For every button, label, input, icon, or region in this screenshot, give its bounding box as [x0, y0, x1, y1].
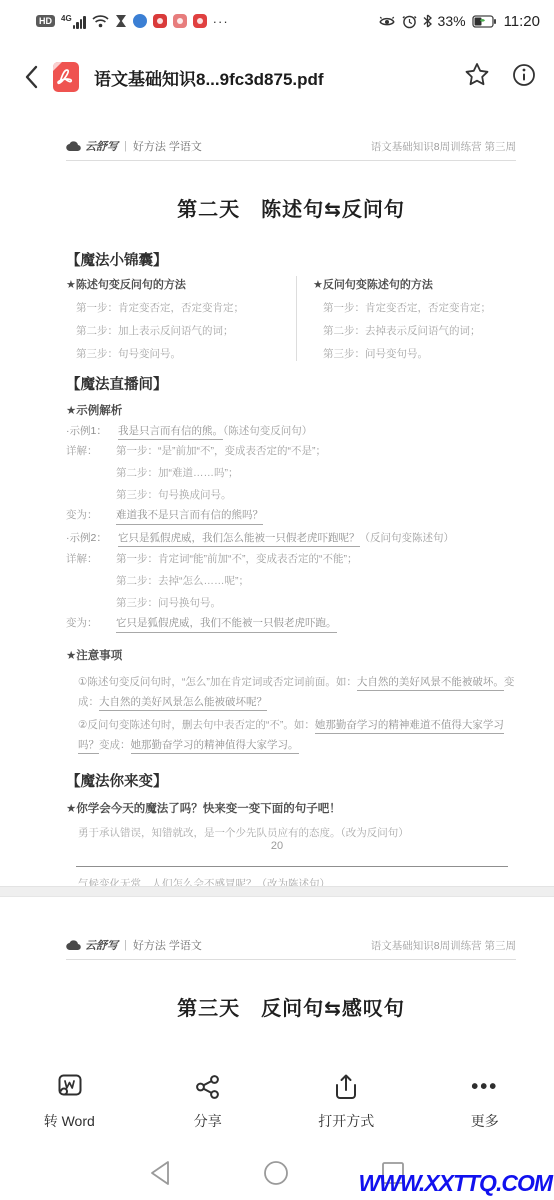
nav-home-button[interactable]	[263, 1160, 289, 1186]
network-type-label: 4G	[61, 14, 72, 23]
note-1: ①陈述句变反问句时，“怎么”加在肯定词或否定词前面。如：大自然的美好风景不能被破…	[66, 672, 516, 713]
course-name-label: 语文基础知识8周训练营 第三周	[371, 938, 516, 953]
open-with-button[interactable]: 打开方式	[277, 1073, 416, 1131]
example1-row: ·示例1： 我是只言而有信的熊。（陈述句变反问句）	[66, 425, 516, 438]
notes-title: ★注意事项	[66, 647, 516, 663]
brand-slogan: 好方法 学语文	[133, 937, 202, 953]
app-notification-icon-red-1	[153, 14, 167, 28]
example2-step-2: 第二步：去掉“怎么……呢”；	[116, 573, 516, 588]
pdf-page-header: 云舒写 | 好方法 学语文 语文基础知识8周训练营 第三周	[66, 138, 516, 161]
example2-detail-row: 详解： 第一步：肯定词“能”前加“不”，变成表否定的“不能”；	[66, 553, 516, 566]
nav-back-button[interactable]	[149, 1160, 171, 1186]
practice-intro: ★你学会今天的魔法了吗？快来变一变下面的句子吧！	[66, 800, 516, 816]
more-label: 更多	[471, 1111, 499, 1131]
word-convert-icon	[56, 1073, 83, 1101]
answer-line-1	[76, 866, 508, 867]
example1-detail-row: 详解： 第一步：“是”前加“不”，变成表否定的“不是”；	[66, 445, 516, 458]
cloud-logo-icon	[66, 940, 81, 951]
tips-left-column: ★陈述句变反问句的方法 第一步：肯定变否定，否定变肯定； 第二步：加上表示反问语…	[66, 276, 296, 361]
app-notification-icon-red-2	[173, 14, 187, 28]
more-button[interactable]: ••• 更多	[416, 1073, 554, 1131]
document-title: 语文基础知识8...9fc3d875.pdf	[94, 65, 450, 90]
example2-result: 它只是狐假虎威，我们不能被一只假老虎吓跑。	[116, 617, 337, 633]
course-name-label: 语文基础知识8周训练营 第三周	[371, 139, 516, 154]
more-icon: •••	[471, 1073, 498, 1101]
brand-separator: |	[124, 140, 127, 152]
app-notification-icon-blue	[133, 14, 147, 28]
example1-step-1: 第一步：“是”前加“不”，变成表否定的“不是”；	[116, 445, 326, 458]
tips-right-step-2: 第二步：去掉表示反问语气的词；	[313, 323, 506, 338]
note1-text: ①陈述句变反问句时，“怎么”加在肯定词或否定词前面。如：	[78, 676, 357, 688]
more-notifications-icon: ···	[213, 14, 229, 29]
example1-step-2: 第二步：加“难道……吗”；	[116, 465, 516, 480]
pdf-file-icon	[52, 61, 80, 93]
hd-icon: HD	[36, 15, 55, 27]
lesson-title-day2: 第二天 陈述句⇆反问句	[66, 193, 516, 222]
info-button[interactable]	[512, 63, 536, 92]
page-number: 20	[0, 840, 554, 852]
example1-note: （陈述句变反问句）	[223, 425, 312, 437]
brand-separator: |	[124, 939, 127, 951]
favorite-star-button[interactable]	[464, 62, 490, 92]
convert-to-word-button[interactable]: 转 Word	[0, 1073, 139, 1131]
example1-result-label: 变为：	[66, 509, 116, 525]
example2-detail-label: 详解：	[66, 553, 116, 566]
bluetooth-icon	[423, 14, 432, 28]
back-button[interactable]	[24, 65, 38, 89]
note2-mid: 变成：	[99, 739, 131, 751]
app-header: 语文基础知识8...9fc3d875.pdf	[0, 42, 554, 112]
battery-percent-label: 33%	[438, 13, 466, 29]
example2-row: ·示例2： 它只是狐假虎威，我们怎么能被一只假老虎吓跑呢？（反问句变陈述句）	[66, 532, 516, 545]
tips-right-step-3: 第三步：问号变句号。	[313, 346, 506, 361]
open-with-label: 打开方式	[318, 1111, 374, 1131]
brand-name: 云舒写	[85, 937, 118, 953]
tips-left-step-1: 第一步：肯定变否定，否定变肯定；	[66, 300, 286, 315]
phone-screen: HD 4G ···	[0, 0, 554, 1200]
battery-icon	[472, 15, 496, 28]
note2-underlined-2: 她那勤奋学习的精神值得大家学习。	[131, 739, 299, 754]
system-navbar: WWW.XXTTQ.COM	[0, 1145, 554, 1200]
tips-right-column: ★反问句变陈述句的方法 第一步：肯定变否定，否定变肯定； 第二步：去掉表示反问语…	[296, 276, 516, 361]
example1-detail-label: 详解：	[66, 445, 116, 458]
share-icon	[195, 1073, 221, 1101]
example2-step-3: 第三步：问号换句号。	[116, 595, 516, 610]
section-heading-magic-tips: 【魔法小锦囊】	[66, 249, 516, 270]
open-with-icon	[333, 1073, 359, 1101]
example1-result-row: 变为： 难道我不是只言而有信的熊吗？	[66, 509, 516, 525]
hourglass-icon	[115, 14, 127, 28]
live-subtitle: ★示例解析	[66, 402, 516, 418]
eye-comfort-icon	[378, 14, 396, 28]
example1-label: ·示例1：	[66, 425, 118, 438]
example1-result: 难道我不是只言而有信的熊吗？	[116, 509, 263, 525]
page-separator	[0, 886, 554, 897]
example2-note: （反问句变陈述句）	[360, 532, 455, 544]
tips-right-step-1: 第一步：肯定变否定，否定变肯定；	[313, 300, 506, 315]
share-label: 分享	[194, 1111, 222, 1131]
watermark: WWW.XXTTQ.COM	[358, 1170, 552, 1197]
note1-underlined-1: 大自然的美好风景不能被破坏。	[357, 676, 504, 691]
exercise-2: 气候变化无常，人们怎么会不感冒呢？（改为陈述句）	[66, 876, 516, 886]
alarm-clock-icon	[402, 14, 417, 29]
pdf-page-1: 云舒写 | 好方法 学语文 语文基础知识8周训练营 第三周 第二天 陈述句⇆反问…	[0, 112, 554, 886]
example1-sentence: 我是只言而有信的熊。	[118, 425, 223, 440]
share-button[interactable]: 分享	[139, 1073, 278, 1131]
tips-left-step-3: 第三步：句号变问号。	[66, 346, 286, 361]
pdf-page2-header: 云舒写 | 好方法 学语文 语文基础知识8周训练营 第三周	[66, 937, 516, 960]
section-heading-magic-live: 【魔法直播间】	[66, 373, 516, 394]
example2-sentence: 它只是狐假虎威，我们怎么能被一只假老虎吓跑呢？	[118, 532, 360, 547]
note2-text: ②反问句变陈述句时，删去句中表否定的“不”。如：	[78, 719, 315, 731]
exercise-1: 勇于承认错误，知错就改，是一个少先队员应有的态度。（改为反问句）	[66, 825, 516, 840]
clock-label: 11:20	[504, 13, 540, 30]
bottom-toolbar: 转 Word 分享 打开方式 ••• 更多	[0, 1058, 554, 1145]
lesson-title-day3: 第三天 反问句⇆感叹句	[66, 992, 516, 1021]
example2-result-row: 变为： 它只是狐假虎威，我们不能被一只假老虎吓跑。	[66, 617, 516, 633]
tips-right-title: ★反问句变陈述句的方法	[313, 276, 506, 292]
convert-to-word-label: 转 Word	[44, 1111, 95, 1131]
note-2: ②反问句变陈述句时，删去句中表否定的“不”。如：她那勤奋学习的精神难道不值得大家…	[66, 715, 516, 756]
example1-step-3: 第三步：句号换成问号。	[116, 487, 516, 502]
wifi-icon	[92, 14, 109, 28]
brand-slogan: 好方法 学语文	[133, 138, 202, 154]
note1-underlined-2: 大自然的美好风景怎么能被破坏呢？	[99, 696, 267, 711]
example2-label: ·示例2：	[66, 532, 118, 545]
cloud-logo-icon	[66, 141, 81, 152]
pdf-page-2: 云舒写 | 好方法 学语文 语文基础知识8周训练营 第三周 第三天 反问句⇆感叹…	[0, 897, 554, 1058]
example2-result-label: 变为：	[66, 617, 116, 633]
signal-strength-icon: 4G	[61, 14, 86, 29]
tips-left-step-2: 第二步：加上表示反问语气的词；	[66, 323, 286, 338]
app-notification-icon-red-3	[193, 14, 207, 28]
example2-step-1: 第一步：肯定词“能”前加“不”，变成表否定的“不能”；	[116, 553, 357, 566]
brand-name: 云舒写	[85, 138, 118, 154]
status-bar: HD 4G ···	[0, 0, 554, 42]
section-heading-magic-practice: 【魔法你来变】	[66, 770, 516, 791]
magic-tips-columns: ★陈述句变反问句的方法 第一步：肯定变否定，否定变肯定； 第二步：加上表示反问语…	[66, 276, 516, 361]
tips-left-title: ★陈述句变反问句的方法	[66, 276, 286, 292]
